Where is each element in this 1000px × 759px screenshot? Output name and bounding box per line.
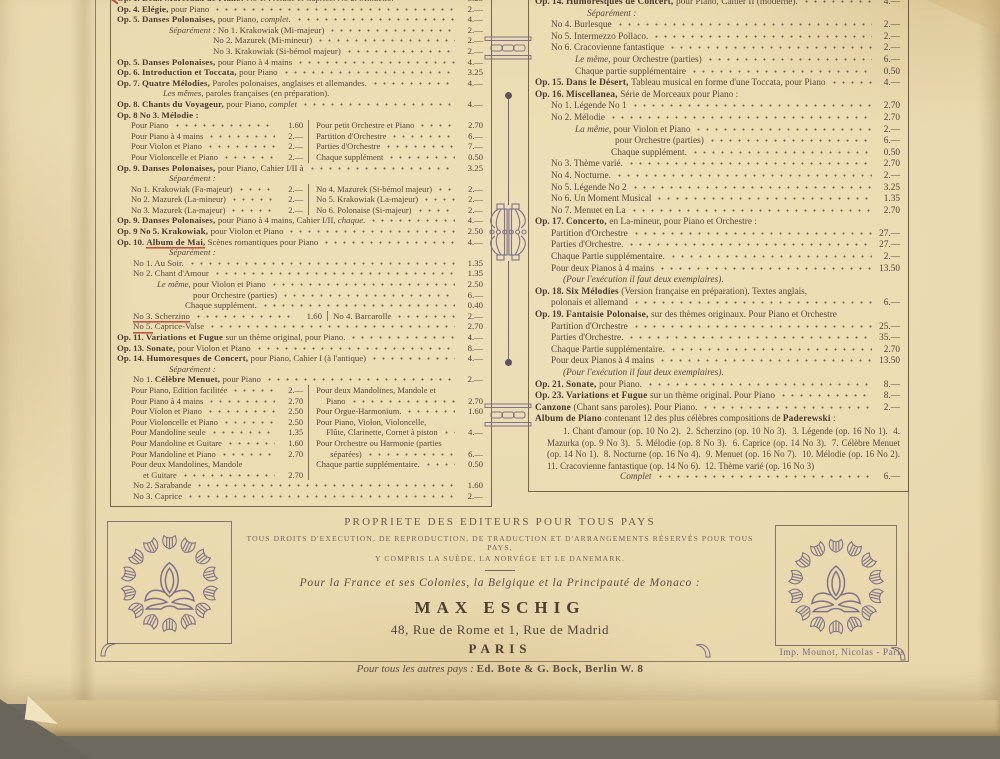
text-segment: Op. 15. (535, 78, 566, 90)
publisher-address: 48, Rue de Rome et 1, Rue de Madrid (240, 622, 760, 638)
text-segment: Partition d'Orchestre (316, 131, 386, 142)
price: 4.— (459, 14, 483, 25)
catalog-row: No 6. Un Moment Musical1.35 (535, 194, 900, 206)
price: 4.— (459, 57, 483, 68)
text-segment: pour Violon et Piano (211, 226, 284, 237)
text-segment: No 3. Krakowiak (Si-bémol majeur) (213, 46, 341, 57)
dot-leader (220, 452, 275, 457)
price: 0.50 (459, 152, 483, 163)
text-segment: Op. 5. (117, 14, 142, 25)
catalog-row: Op. 8 No 3. Mélodie : (117, 110, 483, 121)
catalog-row: No 3. Mazurek (La-majeur)2.— (131, 205, 303, 216)
text-segment: Chaque supplément. (185, 300, 257, 311)
dot-leader (436, 187, 455, 192)
text-segment: Pour Mandoline seule (131, 427, 206, 438)
catalog-row: Chaque partie supplémentaire.0.50 (316, 459, 483, 470)
dot-leader (691, 150, 872, 155)
dot-leader (632, 231, 872, 236)
catalog-row: Partition d'Orchestre6.— (316, 131, 483, 142)
text-segment: sur un thème original, pour Piano. (226, 332, 346, 343)
text-segment: Six Mélodies (566, 287, 621, 299)
price: 3.25 (876, 183, 900, 195)
catalog-row: Op. 7. Quatre Mélodies, Paroles polonais… (117, 78, 483, 89)
text-segment: Danses Polonaises, (142, 14, 218, 25)
text-segment: Danses Polonaises, (142, 215, 218, 226)
catalog-row: Séparément : No 1. Krakowiak (Mi-majeur)… (117, 25, 483, 36)
catalog-row: Le même, pour Orchestre (parties)6.— (535, 55, 900, 67)
text-segment: Caprice-Valse (153, 321, 205, 332)
catalog-row: Pour Piano1.60 (131, 120, 303, 131)
price: 2.— (459, 491, 483, 502)
text-segment: Op. 9 No 5. (117, 226, 161, 237)
price: 6.— (459, 290, 483, 301)
catalog-row: Chaque supplément.0.40 (117, 300, 483, 311)
catalog-row: Op. 10. Album de Mai, Scènes romantiques… (117, 237, 483, 248)
text-segment: sur un thème original. Pour Piano (650, 391, 775, 403)
price: 2.— (279, 385, 303, 396)
catalog-row: No 3. Thème varié.2.70 (535, 159, 900, 171)
catalog-row: No 6. Cracovienne fantastique2.— (535, 43, 900, 55)
price: 1.60 (459, 480, 483, 491)
footer-rights-line1: TOUS DROITS D'EXECUTION, DE REPRODUCTION… (240, 534, 760, 552)
catalog-row: No 4. Mazurek (Si-bémol majeur)2.— (316, 184, 483, 195)
text-segment: Op. 21. (535, 380, 566, 392)
text-segment: Op. 6. (117, 67, 142, 78)
catalog-row: Partition d'Orchestre27.— (535, 229, 900, 241)
price: 2.— (876, 252, 900, 264)
text-segment: Dans le Désert, (566, 78, 631, 90)
text-segment: Pour Violon et Piano (131, 406, 202, 417)
text-segment: Paroles polonaises, anglaises et alleman… (212, 78, 366, 89)
price: 1.35 (459, 258, 483, 269)
price: 6.— (459, 131, 483, 142)
catalog-row: Op. 9. Danses Polonaises, pour Piano à 4… (117, 215, 483, 226)
price: 2.70 (876, 206, 900, 218)
text-segment: Pour Piano (131, 120, 169, 131)
price: 2.— (279, 152, 303, 163)
dot-leader (308, 166, 455, 171)
catalog-row: Op. 23. Variations et Fugue sur un thème… (535, 391, 900, 403)
text-segment: Danses Polonaises, (142, 163, 218, 174)
text-segment: pour Piano, (218, 14, 261, 25)
text-segment: Op. 14. (535, 0, 566, 9)
text-segment: Pour Mandoline et Guitare (131, 438, 222, 449)
catalog-row: Op. 8. Chants du Voyageur, pour Piano, c… (117, 99, 483, 110)
catalog-row: Op. 19. Fantaisie Polonaise, sur des thè… (535, 310, 900, 322)
price: 2.— (876, 32, 900, 44)
dot-leader (206, 409, 275, 414)
catalog-row: Pour petit Orchestre et Piano2.70 (316, 120, 483, 131)
price: 4.— (876, 78, 900, 90)
catalog-row: Partition d'Orchestre25.— (535, 322, 900, 334)
price: 2.70 (459, 321, 483, 332)
dot-leader (779, 393, 872, 398)
text-segment: Pour Piano, Edition facilitée (131, 385, 227, 396)
two-column-block: Pour Piano1.60Pour Piano à 4 mains2.—Pou… (117, 120, 483, 162)
dot-leader (422, 197, 455, 202)
text-segment: No 1. Au Soir. (133, 258, 184, 269)
dot-leader (398, 0, 455, 1)
catalog-row: Op. 14. Humoresques de Concert, pour Pia… (117, 353, 483, 364)
text-segment: Pour Violoncelle et Piano (131, 152, 218, 163)
text-segment: pour Orchestre (parties) (615, 136, 704, 148)
footer-rule (485, 570, 515, 571)
dot-leader (210, 430, 276, 435)
dot-leader (287, 229, 455, 234)
dot-leader (405, 409, 455, 414)
text-segment: Op. 11. (117, 332, 146, 343)
text-segment: Pour Piano, Violon, Violoncelle, (316, 417, 426, 428)
two-column-block: No 1. Krakowiak (Fa-majeur)2.—No 2. Mazu… (117, 184, 483, 216)
price: 2.— (459, 205, 483, 216)
catalog-row: Op. 21. Sonate, pour Piano.8.— (535, 380, 900, 392)
dot-leader (345, 49, 455, 54)
price: 2.70 (279, 396, 303, 407)
dot-leader (186, 494, 455, 499)
catalog-row: Op. 13. Sonate, pour Violon et Piano8.— (117, 343, 483, 354)
text-segment: No 7. Menuet en La (551, 206, 626, 218)
dot-leader (222, 155, 275, 160)
price: 1.60 (459, 406, 483, 417)
price: 27.— (876, 240, 900, 252)
text-segment: Scènes romantiques pour Piano (205, 237, 318, 248)
catalog-row: Op. 5. Danses Polonaises, pour Piano, co… (117, 14, 483, 25)
block-left-subcolumn: Pour Piano1.60Pour Piano à 4 mains2.—Pou… (117, 120, 309, 162)
catalog-row: No 7. Menuet en La2.70 (535, 206, 900, 218)
catalog-right-box: Op. 14. Humoresques de Concert, pour Pia… (528, 0, 909, 492)
scanned-catalog-page: { "colors": {"paper":"#e8d7aa","ink":"#5… (0, 0, 1000, 759)
text-segment: Concerto, (566, 217, 609, 229)
text-segment: pour Piano. (599, 380, 642, 392)
publisher-city: PARIS (240, 641, 760, 657)
text-segment: Le même, (575, 55, 613, 67)
text-segment: Op. 17. (535, 217, 566, 229)
price: 2.— (459, 194, 483, 205)
divider-stem (508, 99, 509, 205)
dot-leader (631, 185, 872, 190)
text-segment: Célèbre Menuet, (155, 374, 223, 385)
dot-leader (213, 7, 455, 12)
text-segment: Krakowiak, (161, 226, 210, 237)
price: 1.35 (876, 194, 900, 206)
catalog-row: Parties d'Orchestre.35.— (535, 333, 900, 345)
catalog-row: No 5. Intermezzo Pollaco.2.— (535, 32, 900, 44)
text-segment: Sonate, (566, 380, 599, 392)
dot-leader (658, 358, 872, 363)
text-segment: Chaque supplément (316, 152, 383, 163)
catalog-row: Op. 15. Dans le Désert, Tableau musical … (535, 78, 900, 90)
price: 35.— (876, 333, 900, 345)
text-segment: Pour deux Mandolines, Mandole (131, 459, 242, 470)
price: 4.— (459, 215, 483, 226)
text-segment: Danses Polonaises, (142, 57, 218, 68)
price: 2.— (279, 141, 303, 152)
text-segment: Op. 23. (535, 391, 566, 403)
text-segment: Partition d'Orchestre (551, 229, 628, 241)
pair-right-entry: No 4. Barcarolle2.— (333, 311, 483, 322)
catalog-row: Chaque Partie supplémentaire.2.— (535, 252, 900, 264)
text-segment: Pour Mandoline et Piano (131, 449, 216, 460)
price: 2.— (459, 4, 483, 15)
text-segment: en La-mineur, pour Piano et Orchestre : (609, 217, 757, 229)
text-segment: Chaque partie supplémentaire. (316, 459, 420, 470)
text-segment: Humoresques de Concert, (146, 353, 250, 364)
catalog-left-column: Op. 1. Deux Morceaux de Piano: No 1. Pré… (111, 0, 491, 506)
price: 6.— (876, 136, 900, 148)
dot-leader (301, 102, 455, 107)
text-segment: Piano (326, 396, 345, 407)
dot-leader (418, 123, 455, 128)
dot-leader (281, 293, 455, 298)
text-segment: La même, (575, 125, 613, 137)
price: 2.— (459, 184, 483, 195)
text-segment: No 5. Légende No 2 (551, 183, 627, 195)
dot-leader (416, 208, 455, 213)
text-segment: No 5. Krakowiak (La-majeur) (316, 194, 418, 205)
catalog-row: No 5. Caprice-Valse2.70 (117, 321, 483, 332)
catalog-row: Séparément : (535, 9, 900, 21)
text-segment: Partition d'Orchestre (551, 322, 628, 334)
text-segment: séparées) (330, 449, 362, 460)
price: 0.40 (459, 300, 483, 311)
catalog-row: No 1. Célèbre Menuet, pour Piano2.— (117, 374, 483, 385)
text-segment: Canzone (535, 403, 574, 415)
price: 2.— (279, 194, 303, 205)
price: 2.70 (459, 396, 483, 407)
text-segment: Op. 13. (117, 343, 146, 354)
price: 1.60 (279, 120, 303, 131)
dot-leader (222, 420, 275, 425)
price: 4.— (459, 237, 483, 248)
text-segment: Elégie, (142, 4, 171, 15)
text-segment: chaque. (338, 215, 366, 226)
text-segment: Pour Orgue-Harmonium. (316, 406, 401, 417)
catalog-row: Pour deux Mandolines, Mandole (131, 459, 303, 470)
dot-leader (627, 242, 872, 247)
text-segment: pour Piano (223, 374, 261, 385)
dot-leader (369, 218, 455, 223)
text-segment: No 6. Cracovienne fantastique (551, 43, 664, 55)
dot-leader (424, 462, 455, 467)
text-segment: Fantaisie Polonaise, (566, 310, 651, 322)
price: 4.— (459, 427, 483, 438)
dot-leader (656, 474, 872, 479)
text-segment: Complet (620, 472, 652, 484)
text-segment: Flûte, Clarinette, Cornet à piston (326, 427, 437, 438)
text-segment: contenant 12 des plus célèbres compositi… (604, 414, 782, 426)
price: 2.50 (459, 226, 483, 237)
catalog-row: Op. 17. Concerto, en La-mineur, pour Pia… (535, 217, 900, 229)
catalog-row: Op. 6. Introduction et Toccata, pour Pia… (117, 67, 483, 78)
dot-leader (173, 123, 276, 128)
catalog-row: Les mêmes, paroles françaises (en prépar… (117, 88, 483, 99)
catalog-row: No 2. Sarabande1.60 (117, 480, 483, 491)
catalog-row: No 3. Scherzino1.60No 4. Barcarolle2.— (117, 311, 483, 322)
text-segment: Quatre Mélodies, (142, 78, 212, 89)
dot-leader (229, 208, 275, 213)
dot-leader (830, 80, 872, 85)
text-segment: Le même, (157, 279, 193, 290)
dot-leader (316, 38, 455, 43)
catalog-row: Pour Piano, Violon, Violoncelle, (316, 417, 483, 428)
dot-leader (442, 430, 455, 435)
dot-leader (384, 144, 455, 149)
dot-leader (181, 473, 275, 478)
text-segment: No 3. Scherzino (133, 311, 190, 322)
text-segment: pour Violon et Piano (613, 125, 690, 137)
divider-pin-dot (505, 359, 512, 366)
catalog-row: et Guitare2.70 (131, 470, 303, 481)
dot-leader (255, 346, 455, 351)
block-right-subcolumn: Pour deux Mandolines, Mandole etPiano2.7… (309, 385, 483, 480)
catalog-row: No 5. Légende No 23.25 (535, 183, 900, 195)
catalog-row: Op. 9 No 5. Krakowiak, pour Violon et Pi… (117, 226, 483, 237)
dot-leader (390, 134, 455, 139)
catalog-row: Séparément : (117, 247, 483, 258)
text-segment: Pour Piano à 4 mains (131, 396, 203, 407)
catalog-row: Op. 16. Miscellanea, Série de Morceaux p… (535, 90, 900, 102)
price: 27.— (876, 229, 900, 241)
dot-leader (350, 399, 455, 404)
dot-leader (631, 103, 872, 108)
catalog-row: Pour deux Mandolines, Mandole et (316, 385, 483, 396)
text-segment: Parties d'Orchestre. (551, 240, 623, 252)
price: 1.35 (279, 427, 303, 438)
text-segment: Chants du Voyageur, (142, 99, 226, 110)
price: 1.60 (298, 311, 322, 322)
text-segment: Séparément : (587, 9, 636, 21)
text-segment: No 3. Thème varié. (551, 159, 623, 171)
catalog-row: Complet6.— (535, 472, 900, 484)
catalog-row: Séparément : (117, 364, 483, 375)
catalog-row: Op. 18. Six Mélodies (Version française … (535, 287, 900, 299)
divider-bars-ornament-top (484, 36, 532, 60)
price: 3.25 (459, 67, 483, 78)
catalog-row: No 5. Krakowiak (La-majeur)2.— (316, 194, 483, 205)
price: 2.70 (876, 101, 900, 113)
dot-leader (295, 17, 455, 22)
text-segment: Album de Piano (535, 414, 604, 426)
catalog-row: No 1. Krakowiak (Fa-majeur)2.— (131, 184, 303, 195)
divider-vase-ornament (486, 203, 530, 261)
footer-rights-line2: Y COMPRIS LA SUÈDE, LA NORVÉGE ET LE DAN… (240, 554, 760, 563)
dot-leader (213, 271, 455, 276)
dot-leader (282, 70, 455, 75)
text-segment: Humoresques de Concert, (566, 0, 676, 9)
text-segment: (Pour l'exécution il faut deux exemplair… (563, 275, 724, 287)
dot-leader (616, 22, 872, 27)
text-segment: pour Piano, Cahier II (moderne). (676, 0, 798, 9)
catalog-row: Le même, pour Violon et Piano2.50 (117, 279, 483, 290)
catalog-left-box: Op. 1. Deux Morceaux de Piano: No 1. Pré… (110, 0, 492, 507)
dot-leader (646, 382, 872, 387)
catalog-row: Album de Piano contenant 12 des plus cél… (535, 414, 900, 426)
dot-leader (627, 161, 872, 166)
text-segment: (Pour l'exécution il faut deux exemplair… (563, 368, 724, 380)
price: 4.— (459, 99, 483, 110)
text-segment: Tableau musical en forme d'une Toccata, … (631, 78, 825, 90)
dot-leader (231, 388, 275, 393)
dot-leader (632, 300, 872, 305)
paper-fold-shadow (70, 0, 96, 704)
price: 2.50 (279, 417, 303, 428)
text-segment: Pour deux Mandolines, Mandole et (316, 385, 436, 396)
catalog-row: No 2. Mélodie2.70 (535, 113, 900, 125)
text-segment: Chaque supplément. (611, 148, 687, 160)
wreath-ornament-box-left (107, 521, 232, 644)
catalog-row: Op. 4. Elégie, pour Piano2.— (117, 4, 483, 15)
catalog-row: Pour deux Pianos à 4 mains13.50 (535, 356, 900, 368)
catalog-row: Pour Violon et Piano2.— (131, 141, 303, 152)
catalog-row: (Pour l'exécution il faut deux exemplair… (535, 275, 900, 287)
text-segment: No 2. Chant d'Amour (133, 268, 209, 279)
text-segment: sur des thèmes originaux. Pour Piano et … (651, 310, 837, 322)
pair-left-entry: No 3. Scherzino1.60 (133, 311, 322, 322)
price: 2.70 (279, 449, 303, 460)
block-right-subcolumn: Pour petit Orchestre et Piano2.70Partiti… (309, 120, 483, 162)
price: 2.70 (876, 345, 900, 357)
text-segment: Chaque Partie supplémentaire. (551, 345, 665, 357)
text-segment: No 2. Mazurek (Mi-mineur) (213, 35, 312, 46)
price: 13.50 (876, 264, 900, 276)
price: 4.— (459, 353, 483, 364)
catalog-row: No 1. Légende No 12.70 (535, 101, 900, 113)
catalog-row: Flûte, Clarinette, Cornet à piston4.— (316, 427, 483, 438)
price: 0.50 (876, 67, 900, 79)
dot-leader (669, 254, 872, 259)
catalog-row: Pour Mandoline et Guitare1.60 (131, 438, 303, 449)
price: 2.— (876, 43, 900, 55)
publisher-name: MAX ESCHIG (240, 598, 760, 618)
text-segment: Op. 10. (117, 237, 146, 248)
text-segment: Op. 9. (117, 215, 142, 226)
text-segment: Introduction et Toccata, (142, 67, 239, 78)
catalog-row: Op. 5. Danses Polonaises, pour Piano à 4… (117, 57, 483, 68)
price: 0.50 (876, 148, 900, 160)
dot-leader (207, 399, 275, 404)
catalog-row: Pour deux Pianos à 4 mains13.50 (535, 264, 900, 276)
text-segment: Variations et Fugue (566, 391, 650, 403)
dot-leader (296, 60, 455, 65)
price: 2.70 (876, 113, 900, 125)
price: 8.— (459, 343, 483, 354)
text-segment: No 6. Polonaise (Si-majeur) (316, 205, 411, 216)
catalog-row: Op. 9. Danses Polonaises, pour Piano, Ca… (117, 163, 483, 174)
text-segment: pour Violon et Piano (178, 343, 251, 354)
dot-leader (207, 134, 275, 139)
catalog-row: La même, pour Violon et Piano2.— (535, 125, 900, 137)
text-segment: Chaque Partie supplémentaire. (551, 252, 665, 264)
catalog-row: Chaque supplément0.50 (316, 152, 483, 163)
dot-leader (609, 115, 872, 120)
text-segment: Miscellanea, (566, 90, 620, 102)
text-segment: Pour Violon et Piano (131, 141, 202, 152)
price: 2.— (459, 35, 483, 46)
block-left-subcolumn: No 1. Krakowiak (Fa-majeur)2.—No 2. Mazu… (117, 184, 309, 216)
price: 8.— (876, 380, 900, 392)
red-x-mark (110, 0, 117, 2)
catalog-row: No 4. Nocturne.2.— (535, 171, 900, 183)
price: 2.50 (279, 406, 303, 417)
text-segment: Pour deux Pianos à 4 mains (551, 356, 654, 368)
price: 2.— (459, 311, 483, 322)
pair-divider (327, 311, 328, 322)
price: 2.— (279, 205, 303, 216)
text-segment: pour Piano, Cahier I (à l'antique) (251, 353, 366, 364)
dot-leader (632, 324, 872, 329)
text-segment: Mélodie : (161, 110, 198, 121)
price: 8.— (876, 391, 900, 403)
